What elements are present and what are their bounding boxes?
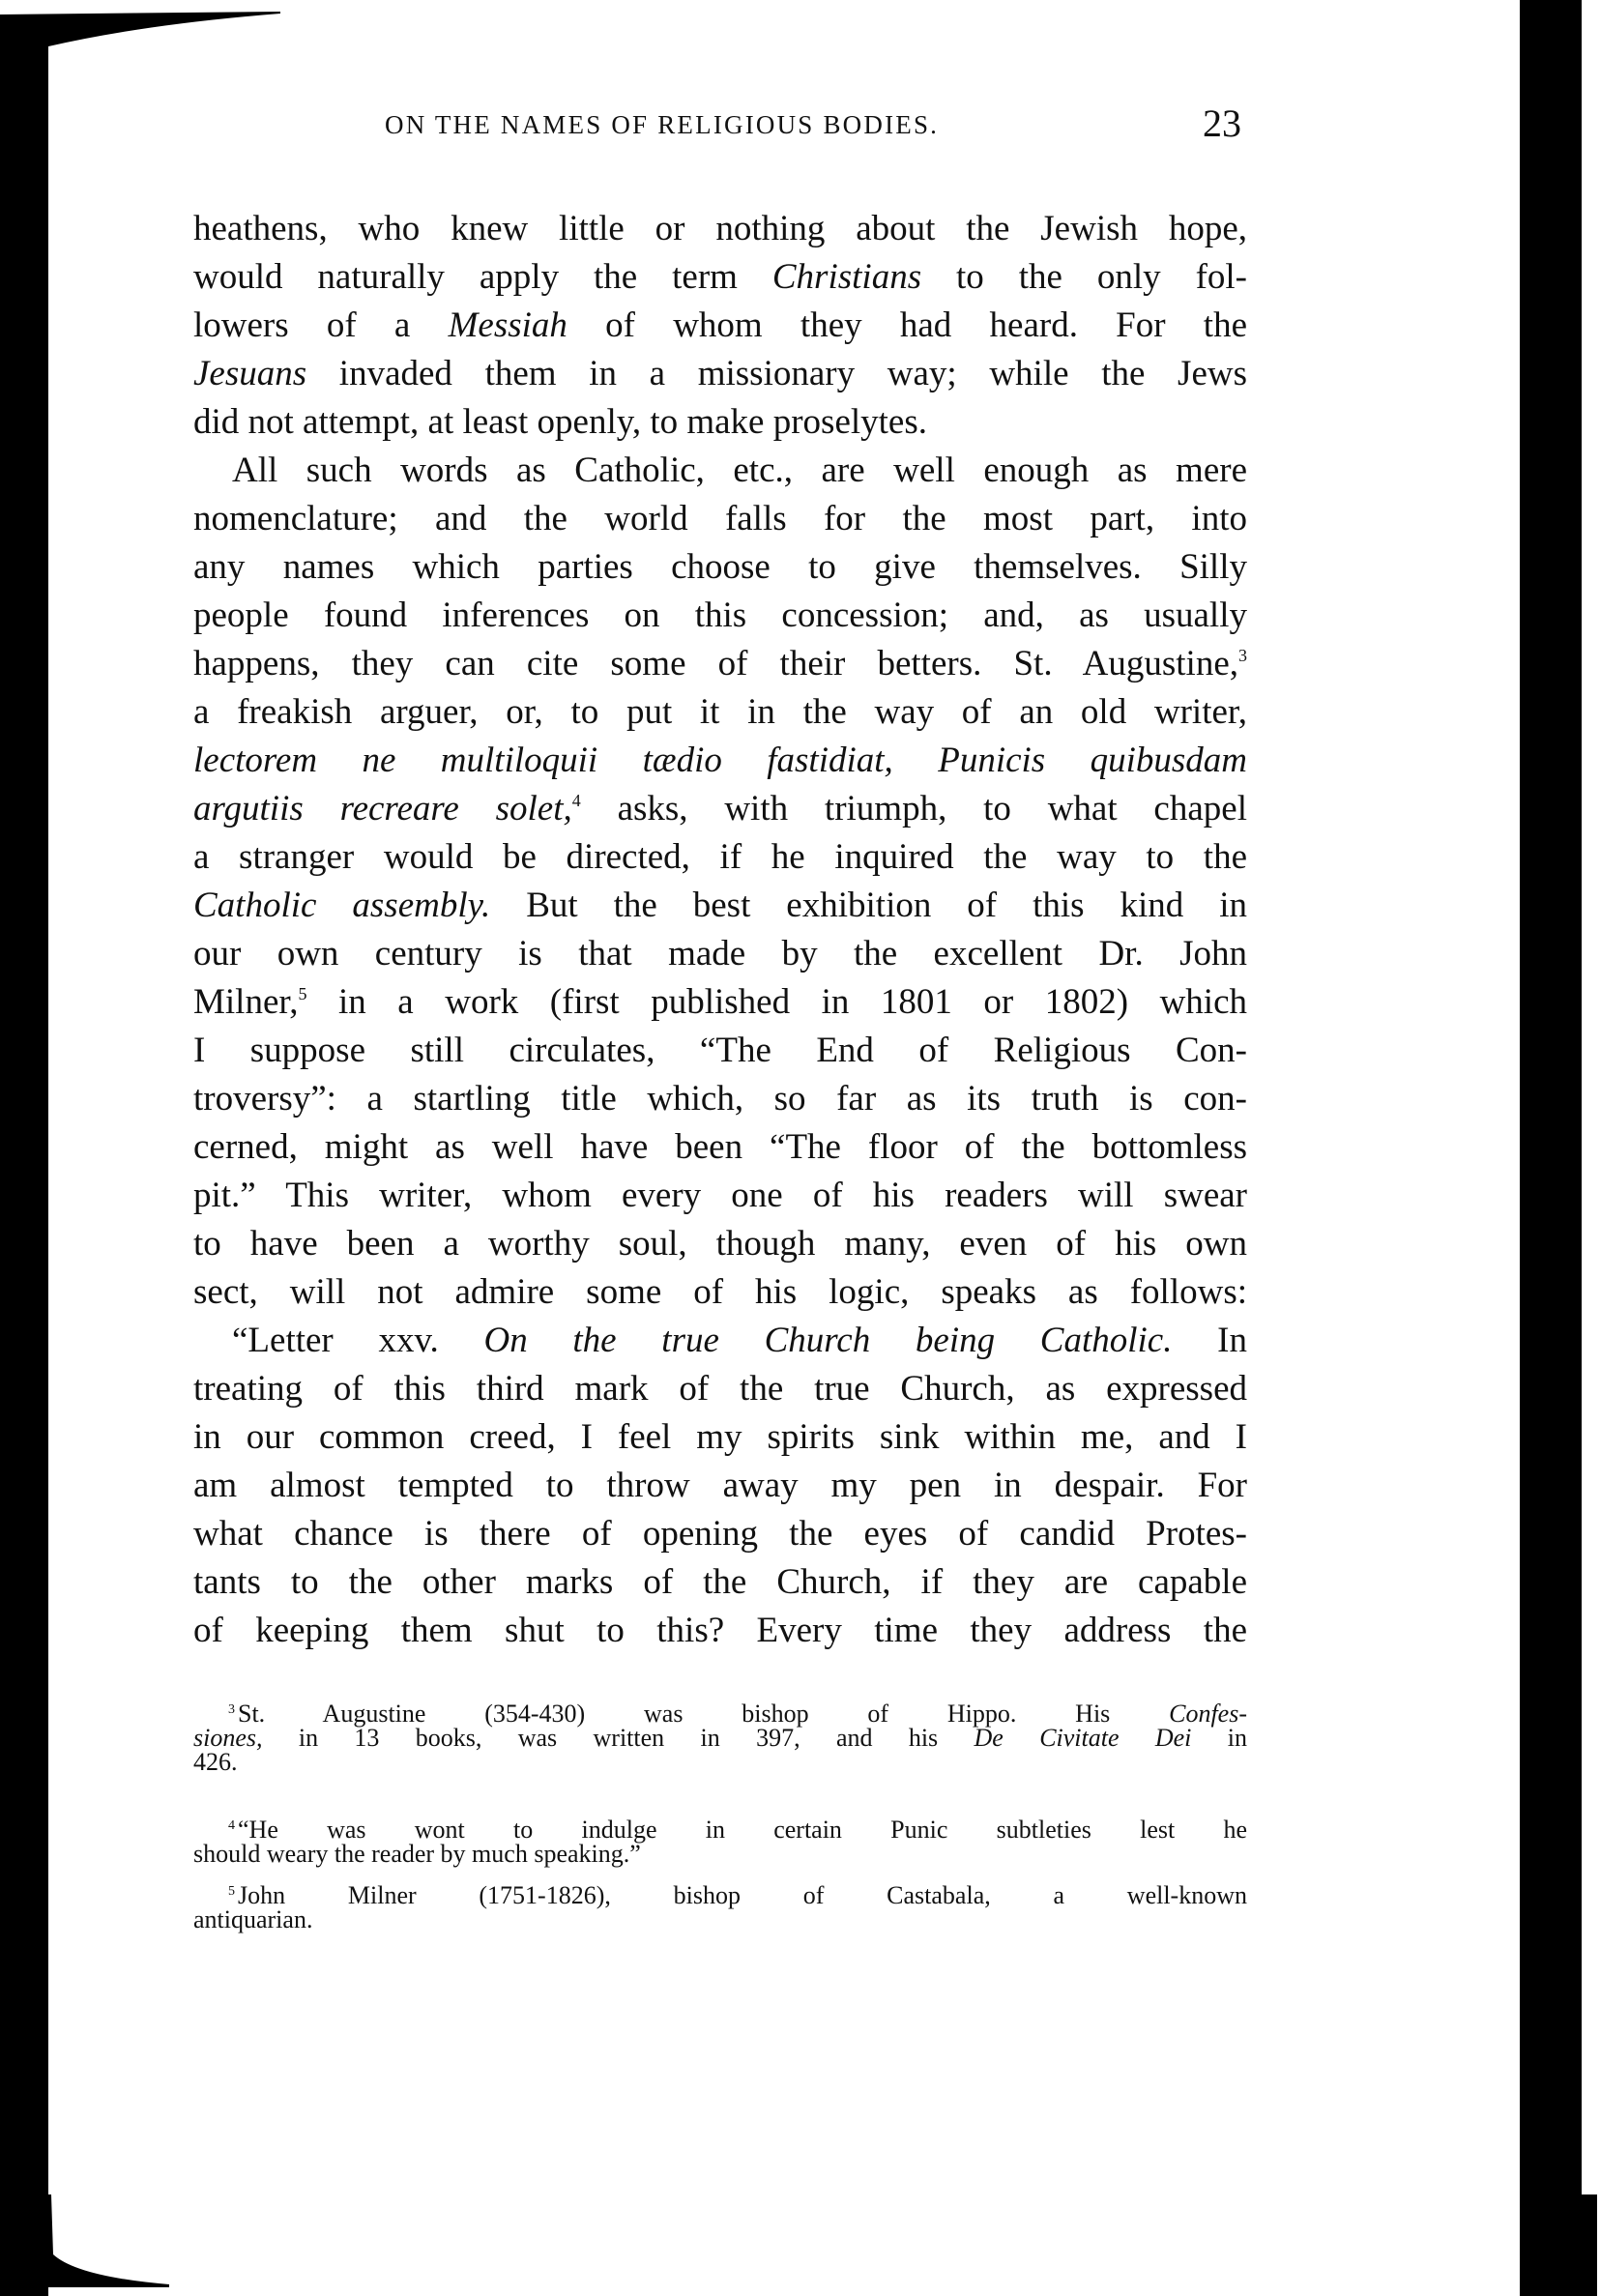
text-line: what chance is there of opening the eyes… <box>193 1510 1247 1558</box>
text-line: cerned, might as well have been “The flo… <box>193 1123 1247 1172</box>
text-line: a freakish arguer, or, to put it in the … <box>193 688 1247 737</box>
text-line: am almost tempted to throw away my pen i… <box>193 1462 1247 1510</box>
footnote-line: should weary the reader by much speaking… <box>193 1842 1247 1866</box>
text-line: All such words as Catholic, etc., are we… <box>232 447 1247 495</box>
footnote-marker: 5 <box>228 1884 235 1899</box>
footnote-marker: 4 <box>228 1818 235 1833</box>
scan-edge-bottom-curl <box>0 2194 174 2296</box>
emphasis: Catholic assembly. <box>193 886 490 925</box>
text-line: Catholic assembly. But the best exhibiti… <box>193 882 1247 930</box>
text-line: tants to the other marks of the Church, … <box>193 1558 1247 1607</box>
text-line: sect, will not admire some of his logic,… <box>193 1268 1247 1317</box>
text-line: lectorem ne multiloquii tædio fastidiat,… <box>193 737 1247 785</box>
scan-edge-right <box>1520 0 1582 2296</box>
text-line: troversy”: a startling title which, so f… <box>193 1075 1247 1123</box>
text-line: in our common creed, I feel my spirits s… <box>193 1413 1247 1462</box>
footnote-line: 426. <box>193 1750 1247 1774</box>
text-line: people found inferences on this concessi… <box>193 592 1247 640</box>
footnote-5: 5John Milner (1751-1826), bishop of Cast… <box>228 1883 1247 1907</box>
text-line: pit.” This writer, whom every one of his… <box>193 1172 1247 1220</box>
book-page: ON THE NAMES OF RELIGIOUS BODIES. 23 hea… <box>0 0 1600 2296</box>
footnote-marker: 3 <box>228 1702 235 1717</box>
text-line: “Letter xxv. On the true Church being Ca… <box>232 1317 1247 1365</box>
text-line: happens, they can cite some of their bet… <box>193 640 1247 688</box>
text-line: treating of this third mark of the true … <box>193 1365 1247 1413</box>
emphasis: Messiah <box>449 305 567 345</box>
text-line: did not attempt, at least openly, to mak… <box>193 398 1247 447</box>
text-line: Milner,5 in a work (first published in 1… <box>193 978 1247 1027</box>
text-line: to have been a worthy soul, though many,… <box>193 1220 1247 1268</box>
footnote-ref-4[interactable]: 4 <box>572 791 581 810</box>
text-line: Jesuans invaded them in a missionary way… <box>193 350 1247 398</box>
emphasis: argutiis recreare solet, <box>193 789 572 828</box>
emphasis: Jesuans <box>193 354 306 393</box>
text-line: I suppose still circulates, “The End of … <box>193 1027 1247 1075</box>
emphasis: lectorem ne multiloquii tædio fastidiat,… <box>193 741 1247 780</box>
scan-edge-left <box>0 46 48 2296</box>
footnote-ref-3[interactable]: 3 <box>1238 646 1247 665</box>
text-line: would naturally apply the term Christian… <box>193 253 1247 302</box>
scan-edge-top-curl <box>0 0 290 58</box>
text-line: any names which parties choose to give t… <box>193 543 1247 592</box>
footnote-3: 3St. Augustine (354-430) was bishop of H… <box>228 1701 1247 1726</box>
text-line: nomenclature; and the world falls for th… <box>193 495 1247 543</box>
scan-edge-right-lower <box>1539 2194 1597 2296</box>
footnote-4: 4“He was wont to indulge in certain Puni… <box>228 1817 1247 1842</box>
text-line: argutiis recreare solet,4 asks, with tri… <box>193 785 1247 833</box>
running-title: ON THE NAMES OF RELIGIOUS BODIES. <box>385 110 939 140</box>
emphasis: Christians <box>772 257 921 297</box>
text-line: heathens, who knew little or nothing abo… <box>193 205 1247 253</box>
text-line: our own century is that made by the exce… <box>193 930 1247 978</box>
footnote-line: antiquarian. <box>193 1907 1247 1932</box>
text-line: lowers of a Messiah of whom they had hea… <box>193 302 1247 350</box>
page-number: 23 <box>1203 101 1241 146</box>
footnote-line: siones, in 13 books, was written in 397,… <box>193 1726 1247 1750</box>
text-line: of keeping them shut to this? Every time… <box>193 1607 1247 1655</box>
emphasis: On the true Church being Catholic. <box>483 1321 1172 1360</box>
text-line: a stranger would be directed, if he inqu… <box>193 833 1247 882</box>
